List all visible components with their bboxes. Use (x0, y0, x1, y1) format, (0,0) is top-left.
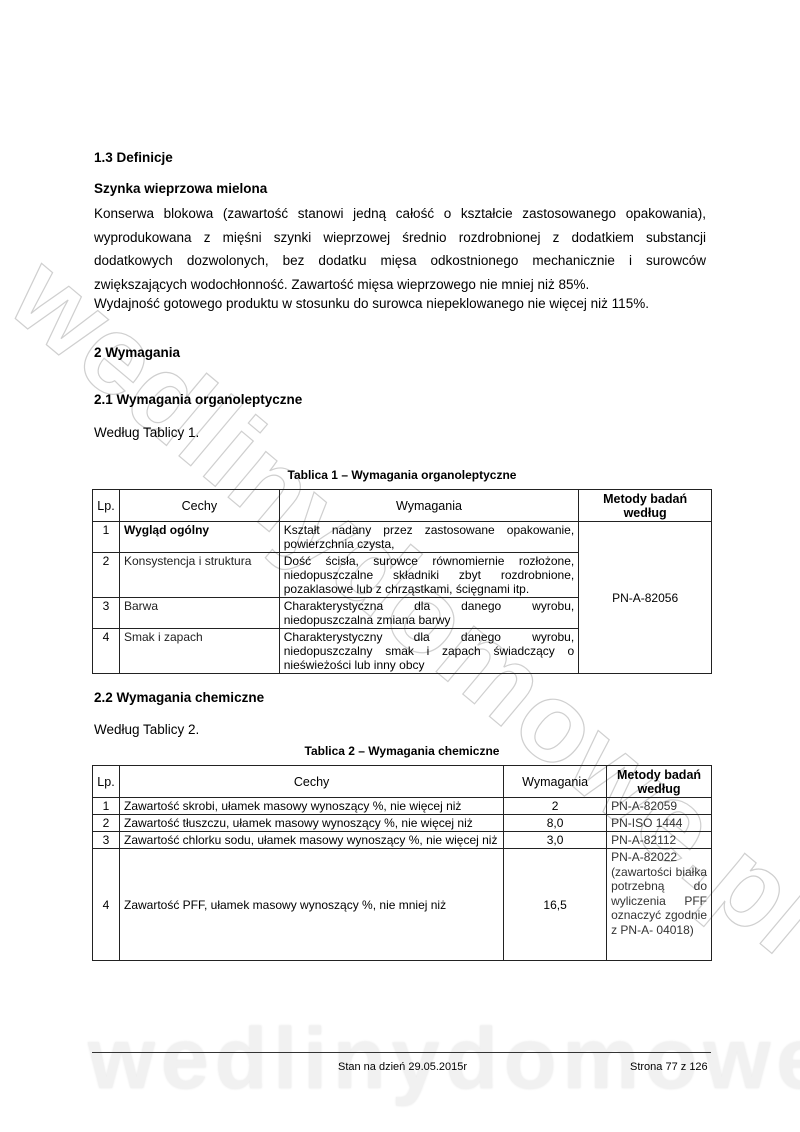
definition-line: zwiększających wodochłonność. Zawartość … (94, 273, 706, 297)
table-row: 1 Wygląd ogólny Kształt nadany przez zas… (93, 522, 712, 553)
header-cechy: Cechy (119, 766, 503, 798)
table-header-row: Lp. Cechy Wymagania Metody badań według (93, 766, 712, 798)
row-wymagania: Charakterystyczny dla danego wyrobu, nie… (279, 629, 578, 674)
row-lp: 4 (93, 629, 120, 674)
section-1-3-heading: 1.3 Definicje (94, 150, 173, 165)
header-wymagania: Wymagania (504, 766, 607, 798)
row-cecha: Zawartość chlorku sodu, ułamek masowy wy… (119, 832, 503, 849)
row-wartosc: 16,5 (504, 849, 607, 961)
table-2-caption: Tablica 2 – Wymagania chemiczne (92, 744, 712, 758)
yield-note: Wydajność gotowego produktu w stosunku d… (94, 296, 649, 311)
definition-term: Szynka wieprzowa mielona (94, 181, 267, 196)
organoleptic-requirements-table: Lp. Cechy Wymagania Metody badań według … (92, 489, 712, 674)
row-lp: 3 (93, 832, 120, 849)
row-wartosc: 3,0 (504, 832, 607, 849)
section-2-1-heading: 2.1 Wymagania organoleptyczne (94, 392, 302, 407)
row-wartosc: 8,0 (504, 815, 607, 832)
section-2-2-heading: 2.2 Wymagania chemiczne (94, 690, 264, 705)
row-metoda: PN-A-82022 (zawartości białka potrzebną … (607, 849, 712, 961)
header-wymagania: Wymagania (279, 490, 578, 522)
row-cecha: Barwa (119, 598, 279, 629)
table-row: 1 Zawartość skrobi, ułamek masowy wynosz… (93, 798, 712, 815)
row-lp: 2 (93, 553, 120, 598)
row-lp: 3 (93, 598, 120, 629)
header-metody: Metody badań według (607, 766, 712, 798)
table-row: 2 Zawartość tłuszczu, ułamek masowy wyno… (93, 815, 712, 832)
method-cell: PN-A-82056 (579, 522, 712, 674)
definition-line: wyprodukowana z mięśni szynki wieprzowej… (94, 226, 706, 250)
row-cecha: Smak i zapach (119, 629, 279, 674)
footer-date: Stan na dzień 29.05.2015r (338, 1061, 467, 1073)
row-metoda: PN-A-82059 (607, 798, 712, 815)
document-page: wedlinydomowe.pl wedlinydomowe.pl 1.3 De… (0, 0, 800, 1132)
footer-divider (92, 1052, 711, 1053)
row-metoda: PN-ISO 1444 (607, 815, 712, 832)
row-cecha: Zawartość tłuszczu, ułamek masowy wynosz… (119, 815, 503, 832)
chemical-requirements-table: Lp. Cechy Wymagania Metody badań według … (92, 765, 712, 961)
table-1-caption: Tablica 1 – Wymagania organoleptyczne (92, 468, 712, 482)
row-cecha: Konsystencja i struktura (119, 553, 279, 598)
row-wartosc: 2 (504, 798, 607, 815)
row-wymagania: Kształt nadany przez zastosowane opakowa… (279, 522, 578, 553)
row-cecha: Zawartość PFF, ułamek masowy wynoszący %… (119, 849, 503, 961)
header-lp: Lp. (93, 490, 120, 522)
section-2-heading: 2 Wymagania (94, 345, 180, 360)
row-lp: 2 (93, 815, 120, 832)
row-wymagania: Dość ścisła, surowce równomiernie rozłoż… (279, 553, 578, 598)
row-lp: 4 (93, 849, 120, 961)
table-row: 3 Zawartość chlorku sodu, ułamek masowy … (93, 832, 712, 849)
definition-paragraph: Konserwa blokowa (zawartość stanowi jedn… (94, 202, 706, 296)
row-lp: 1 (93, 522, 120, 553)
table-2-reference: Według Tablicy 2. (94, 722, 199, 737)
header-lp: Lp. (93, 766, 120, 798)
footer-page-number: Strona 77 z 126 (630, 1061, 708, 1073)
header-cechy: Cechy (119, 490, 279, 522)
row-wymagania: Charakterystyczna dla danego wyrobu, nie… (279, 598, 578, 629)
row-lp: 1 (93, 798, 120, 815)
table-header-row: Lp. Cechy Wymagania Metody badań według (93, 490, 712, 522)
definition-line: Konserwa blokowa (zawartość stanowi jedn… (94, 202, 706, 226)
row-metoda: PN-A-82112 (607, 832, 712, 849)
row-cecha: Zawartość skrobi, ułamek masowy wynosząc… (119, 798, 503, 815)
definition-line: dodatkowych dozwolonych, bez dodatku mię… (94, 249, 706, 273)
table-row: 4 Zawartość PFF, ułamek masowy wynoszący… (93, 849, 712, 961)
table-1-reference: Według Tablicy 1. (94, 425, 199, 440)
row-cecha: Wygląd ogólny (119, 522, 279, 553)
header-metody: Metody badań według (579, 490, 712, 522)
